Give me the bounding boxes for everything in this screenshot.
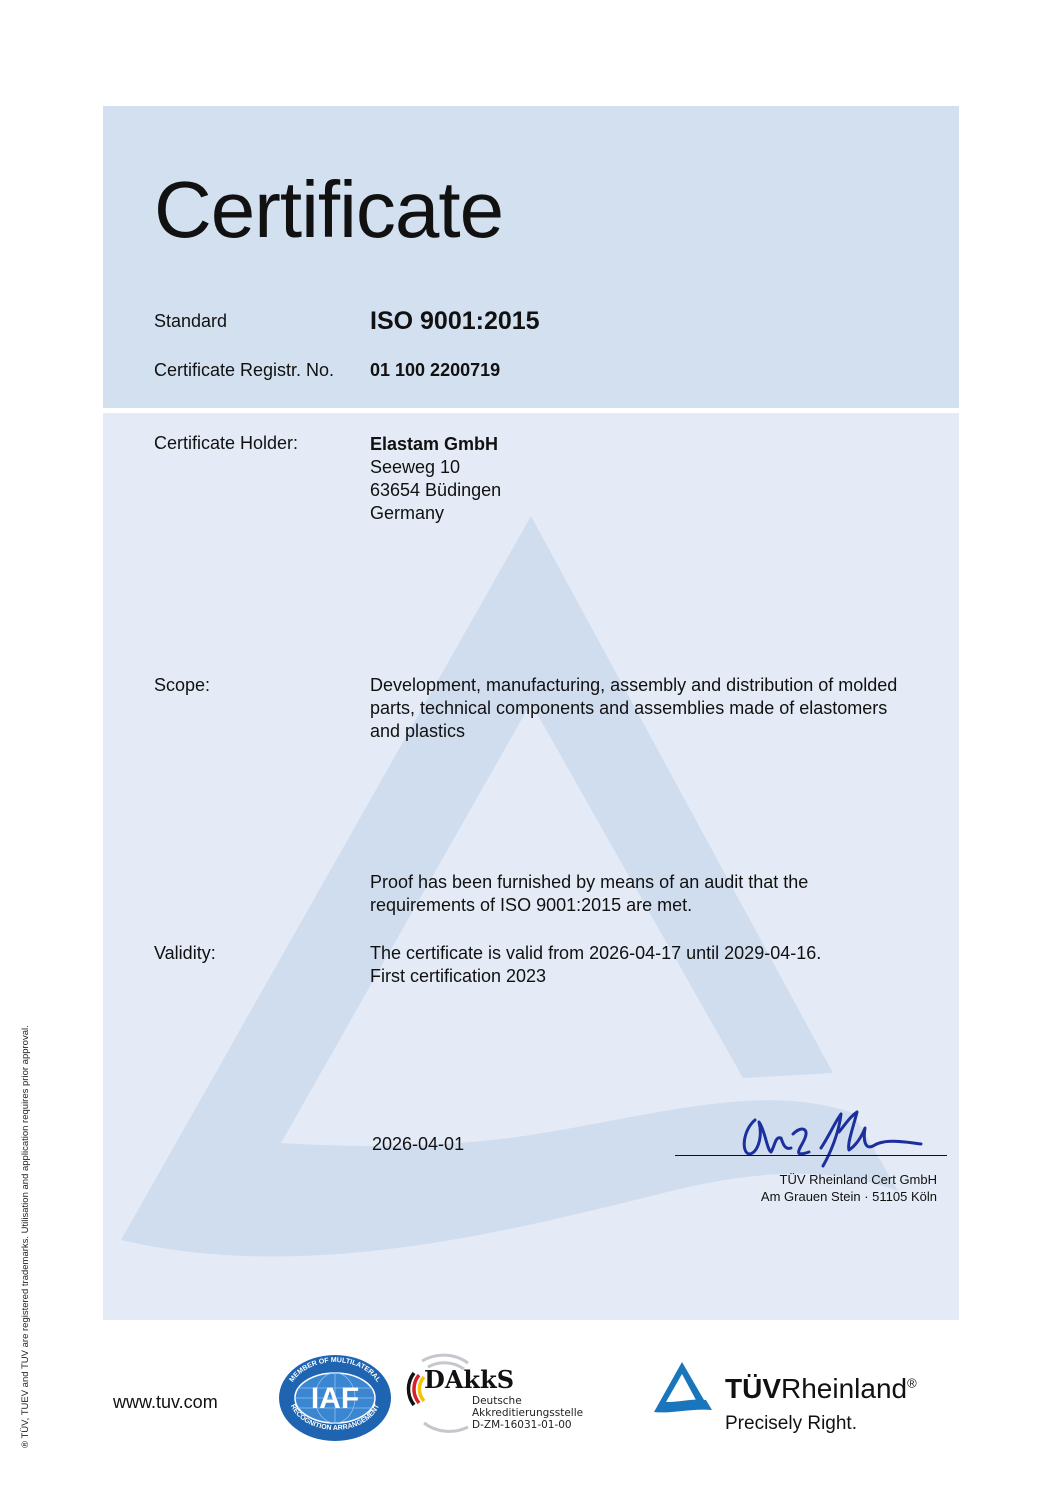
dakks-name: DAkkS xyxy=(424,1365,514,1394)
issuer-block: TÜV Rheinland Cert GmbH Am Grauen Stein … xyxy=(761,1171,937,1205)
validity-label: Validity: xyxy=(154,943,216,964)
scope-line: parts, technical components and assembli… xyxy=(370,697,897,720)
scope-line: Development, manufacturing, assembly and… xyxy=(370,674,897,697)
issuer-address: Am Grauen Stein · 51105 Köln xyxy=(761,1188,937,1205)
holder-address-line: 63654 Büdingen xyxy=(370,479,501,502)
holder-label: Certificate Holder: xyxy=(154,433,298,454)
svg-text:IAF: IAF xyxy=(311,1382,359,1415)
trademark-notice: ® TÜV, TUEV and TUV are registered trade… xyxy=(20,1025,31,1448)
tuv-tagline: Precisely Right. xyxy=(725,1413,857,1435)
dakks-text: Deutsche Akkreditierungsstelle D-ZM-1603… xyxy=(472,1395,583,1431)
scope-text: Development, manufacturing, assembly and… xyxy=(370,674,897,743)
proof-line: requirements of ISO 9001:2015 are met. xyxy=(370,894,808,917)
registration-label: Certificate Registr. No. xyxy=(154,360,334,381)
validity-line: First certification 2023 xyxy=(370,965,821,988)
page-title: Certificate xyxy=(154,170,503,250)
validity-line: The certificate is valid from 2026-04-17… xyxy=(370,942,821,965)
iaf-logo-icon: IAF MEMBER OF MULTILATERAL RECOGNITION A… xyxy=(278,1353,392,1443)
scope-line: and plastics xyxy=(370,720,897,743)
proof-line: Proof has been furnished by means of an … xyxy=(370,871,808,894)
standard-value: ISO 9001:2015 xyxy=(370,310,540,333)
scope-label: Scope: xyxy=(154,675,210,696)
signature-icon xyxy=(735,1108,935,1168)
validity-text: The certificate is valid from 2026-04-17… xyxy=(370,942,821,988)
holder-address-line: Germany xyxy=(370,502,501,525)
tuv-rheinland-brand: TÜVRheinland® xyxy=(725,1373,917,1405)
dakks-logo: DAkkS Deutsche Akkreditierungsstelle D-Z… xyxy=(402,1353,592,1443)
standard-label: Standard xyxy=(154,311,227,332)
proof-statement: Proof has been furnished by means of an … xyxy=(370,871,808,917)
issue-date: 2026-04-01 xyxy=(372,1134,464,1155)
holder-name: Elastam GmbH xyxy=(370,433,501,456)
holder-address-line: Seeweg 10 xyxy=(370,456,501,479)
tuv-triangle-logo-icon xyxy=(652,1360,714,1415)
signature-line xyxy=(675,1155,947,1156)
issuer-name: TÜV Rheinland Cert GmbH xyxy=(761,1171,937,1188)
website-link[interactable]: www.tuv.com xyxy=(113,1392,218,1413)
holder-block: Elastam GmbH Seeweg 10 63654 Büdingen Ge… xyxy=(370,433,501,525)
registration-number: 01 100 2200719 xyxy=(370,359,500,382)
